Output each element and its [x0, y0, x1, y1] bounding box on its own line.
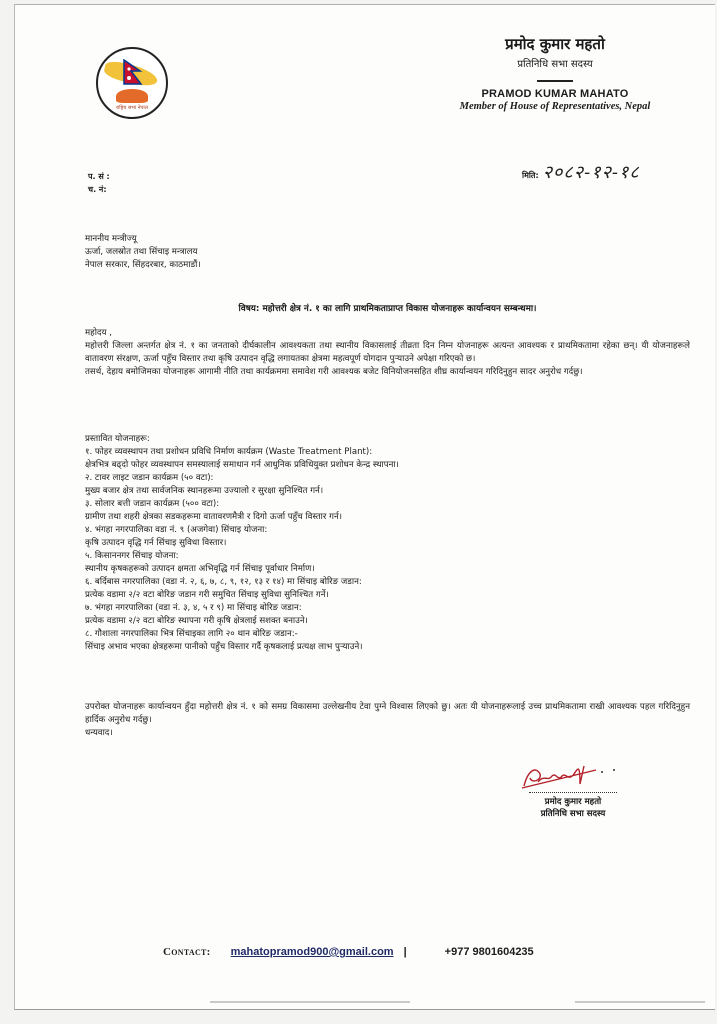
- proposal-title: ६. बर्दिबास नगरपालिका (वडा नं. २, ६, ७, …: [85, 576, 690, 589]
- signature-line: [529, 792, 617, 793]
- intro-paragraphs: महोत्तरी जिल्ला अन्तर्गत क्षेत्र नं. १ क…: [85, 340, 690, 379]
- date-block: मिति: २०८२-१२-१८: [522, 160, 640, 184]
- proposal-title: ७. भंगहा नगरपालिका (वडा नं. ३, ४, ५ र ९)…: [85, 602, 690, 615]
- proposal-title: ५. किसाननगर सिंचाइ योजना:: [85, 550, 690, 563]
- addressee-block: माननीय मन्त्रीज्यू ऊर्जा, जलस्रोत तथा सि…: [85, 233, 690, 272]
- member-name-english: PRAMOD KUMAR MAHATO: [440, 88, 670, 100]
- thanks-line: धन्यवाद।: [85, 727, 690, 740]
- phone-number: +977 9801604235: [445, 946, 534, 958]
- date-value: २०८२-१२-१८: [543, 160, 640, 184]
- member-title-nepali: प्रतिनिधि सभा सदस्य: [440, 56, 670, 70]
- contact-footer: Contact: mahatopramod900@gmail.com | +97…: [163, 946, 534, 958]
- intro-paragraph: तसर्थ, देहाय बमोजिमका योजनाहरू आगामी नीत…: [85, 366, 690, 379]
- signature-mark: [518, 760, 628, 790]
- member-name-nepali: प्रमोद कुमार महतो: [440, 34, 670, 54]
- proposal-title: ८. गौशाला नगरपालिका भित्र सिंचाइका लागि …: [85, 628, 690, 641]
- proposal-description: प्रत्येक वडामा २/२ वटा बोरिङ स्थापना गरी…: [85, 615, 690, 628]
- salutation: महोदय ,: [85, 327, 690, 340]
- footer-faint-text: [210, 1001, 410, 1003]
- closing-block: उपरोक्त योजनाहरू कार्यान्वयन हुँदा महोत्…: [85, 701, 690, 740]
- proposal-description: प्रत्येक वडामा २/२ वटा बोरिङ जडान गरी सम…: [85, 589, 690, 602]
- email-link[interactable]: mahatopramod900@gmail.com: [231, 946, 394, 958]
- intro-paragraph: महोत्तरी जिल्ला अन्तर्गत क्षेत्र नं. १ क…: [85, 340, 690, 366]
- proposal-title: ३. सोलार बत्ती जडान कार्यक्रम (५०० वटा):: [85, 498, 690, 511]
- hands-icon: [116, 89, 148, 103]
- contact-label: Contact:: [163, 946, 211, 958]
- proposal-description: स्थानीय कृषकहरूको उत्पादन क्षमता अभिवृद्…: [85, 563, 690, 576]
- dispatch-number-label: च. नं:: [88, 183, 110, 196]
- date-label: मिति:: [522, 170, 539, 181]
- letter-number-label: प. सं :: [88, 170, 110, 183]
- header-divider: [537, 80, 573, 82]
- nepal-flag-icon: [122, 59, 144, 85]
- proposals-list: प्रस्तावित योजनाहरू: १. फोहर व्यवस्थापन …: [85, 433, 690, 654]
- proposal-title: २. टावर लाइट जडान कार्यक्रम (५० वटा):: [85, 472, 690, 485]
- proposal-description: ग्रामीण तथा शहरी क्षेत्रका सडकहरूमा वाता…: [85, 511, 690, 524]
- proposal-description: सिंचाइ अभाव भएका क्षेत्रहरूमा पानीको पहु…: [85, 641, 690, 654]
- proposals-heading: प्रस्तावित योजनाहरू:: [85, 433, 690, 446]
- signature-icon: [518, 760, 628, 792]
- logo-caption: राष्ट्रिय सभा नेपाल: [106, 105, 158, 111]
- contact-separator: |: [404, 946, 407, 958]
- footer-faint-text: [575, 1001, 705, 1003]
- emblem-logo: राष्ट्रिय सभा नेपाल: [96, 47, 168, 119]
- subject-line: विषय: महोत्तरी क्षेत्र नं. १ का लागि प्र…: [85, 302, 690, 314]
- proposal-title: ४. भंगहा नगरपालिका वडा नं. ९ (अजगेवा) सि…: [85, 524, 690, 537]
- signature-block: प्रमोद कुमार महतो प्रतिनिधि सभा सदस्य: [518, 760, 628, 820]
- proposal-description: मुख्य बजार क्षेत्र तथा सार्वजनिक स्थानहर…: [85, 485, 690, 498]
- proposal-description: कृषि उत्पादन वृद्धि गर्न सिंचाइ सुविधा व…: [85, 537, 690, 550]
- closing-paragraph: उपरोक्त योजनाहरू कार्यान्वयन हुँदा महोत्…: [85, 701, 690, 727]
- addressee-line: ऊर्जा, जलस्रोत तथा सिंचाइ मन्त्रालय: [85, 246, 690, 259]
- signatory-name: प्रमोद कुमार महतो: [518, 796, 628, 808]
- proposal-title: १. फोहर व्यवस्थापन तथा प्रशोधन प्रविधि न…: [85, 446, 690, 459]
- proposal-description: क्षेत्रभित्र बढ्दो फोहर व्यवस्थापन समस्य…: [85, 459, 690, 472]
- member-title-english: Member of House of Representatives, Nepa…: [440, 101, 670, 112]
- addressee-line: माननीय मन्त्रीज्यू: [85, 233, 690, 246]
- addressee-line: नेपाल सरकार, सिंहदरबार, काठमाडौं।: [85, 259, 690, 272]
- signatory-title: प्रतिनिधि सभा सदस्य: [518, 808, 628, 820]
- letterhead-title-block: प्रमोद कुमार महतो प्रतिनिधि सभा सदस्य PR…: [440, 34, 670, 112]
- reference-block: प. सं : च. नं:: [88, 170, 110, 196]
